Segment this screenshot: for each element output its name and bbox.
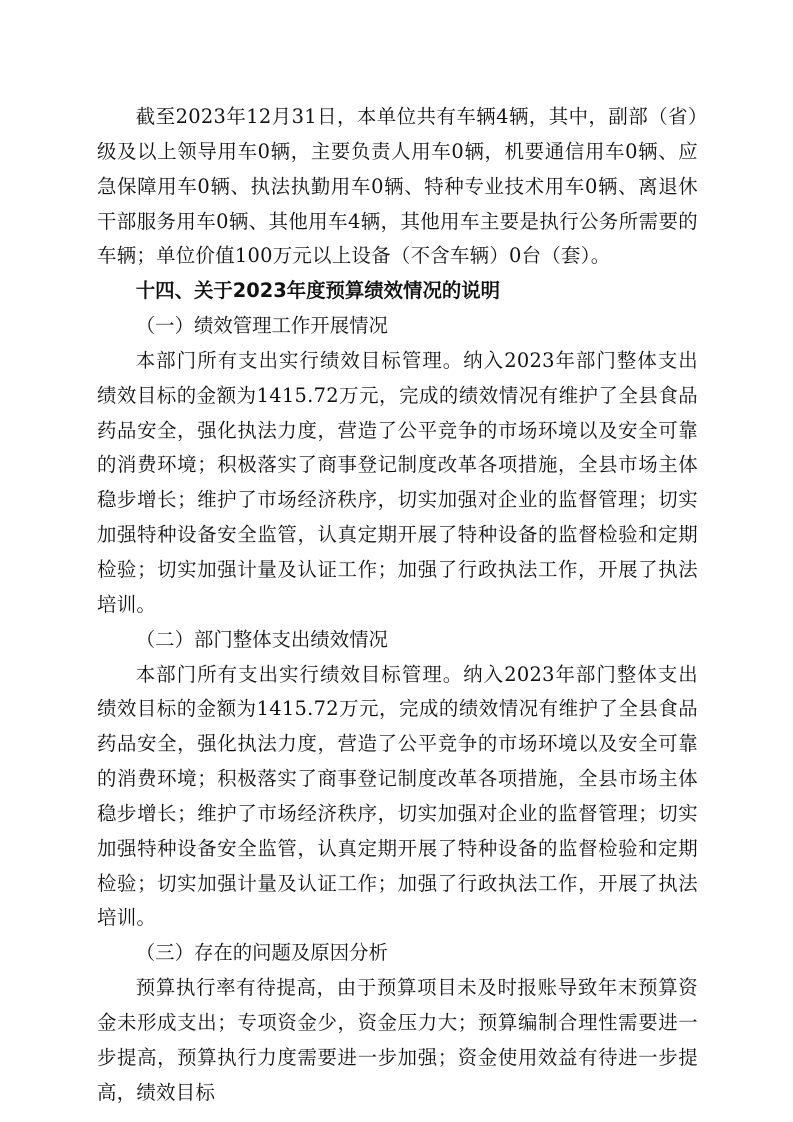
paragraph-overall-expenditure: 本部门所有支出实行绩效目标管理。纳入2023年部门整体支出绩效目标的金额为141… [97,658,698,937]
paragraph-problems: 预算执行率有待提高，由于预算项目未及时报账导致年末预算资金未形成支出；专项资金少… [97,971,698,1110]
section-heading-14: 十四、关于2023年度预算绩效情况的说明 [97,274,698,309]
paragraph-vehicles: 截至2023年12月31日，本单位共有车辆4辆，其中，副部（省）级及以上领导用车… [97,100,698,274]
paragraph-performance-management: 本部门所有支出实行绩效目标管理。纳入2023年部门整体支出绩效目标的金额为141… [97,344,698,623]
subheading-problems: （三）存在的问题及原因分析 [97,936,698,971]
subheading-performance-management: （一）绩效管理工作开展情况 [97,309,698,344]
subheading-overall-expenditure: （二）部门整体支出绩效情况 [97,623,698,658]
document-page: 截至2023年12月31日，本单位共有车辆4辆，其中，副部（省）级及以上领导用车… [97,100,698,1110]
